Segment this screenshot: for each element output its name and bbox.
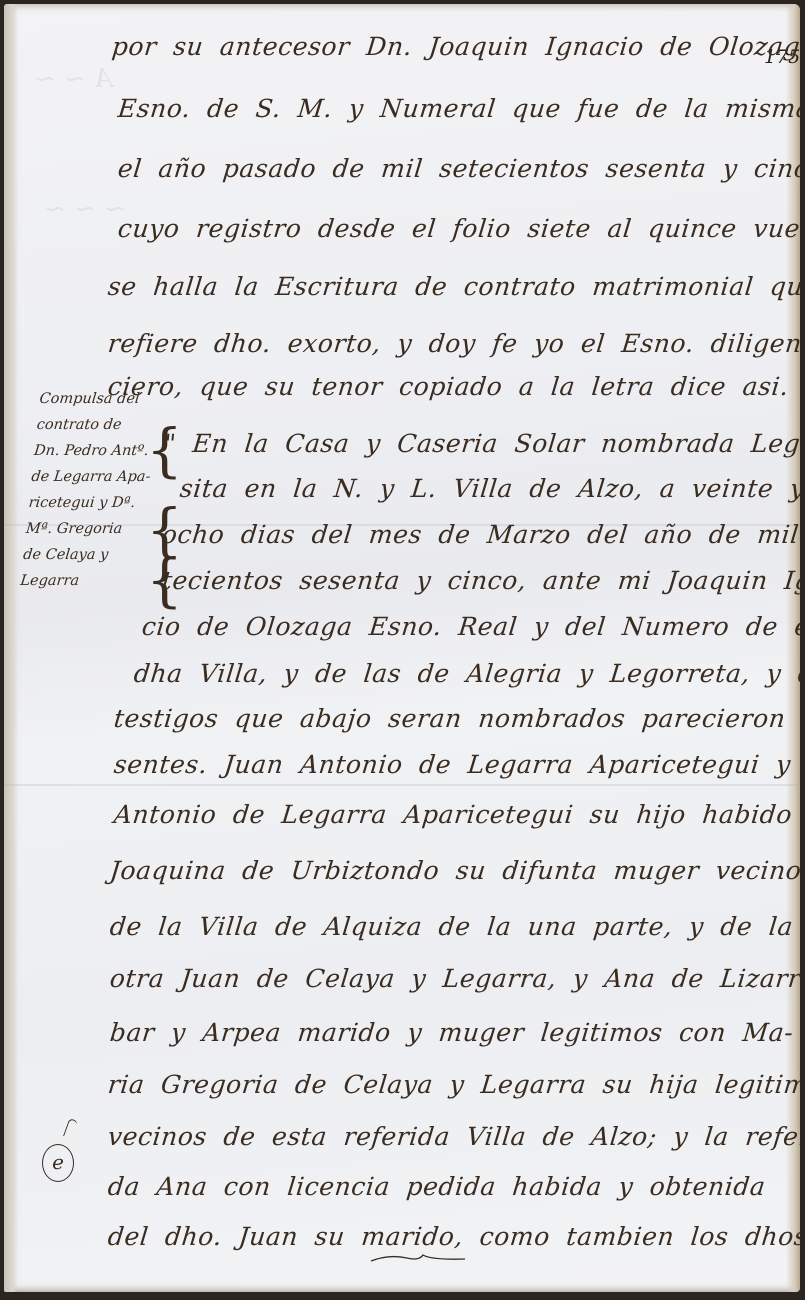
margin-note-line: Mª. Gregoria — [25, 516, 147, 542]
manuscript-page: A ~ ~ ~ ~ ~ 175. Compulsa del contrato d… — [4, 4, 800, 1292]
text-line: sentes. Juan Antonio de Legarra Aparicet… — [112, 750, 800, 779]
paper-fold-line — [4, 784, 800, 786]
text-line: se halla la Escritura de contrato matrim… — [106, 272, 800, 301]
text-line: refiere dho. exorto, y doy fe yo el Esno… — [106, 329, 800, 358]
text-line: tecientos sesenta y cinco, ante mi Joaqu… — [160, 566, 800, 595]
text-line: dha Villa, y de las de Alegria y Legorre… — [132, 659, 800, 688]
margin-note-line: de Celaya y — [22, 542, 144, 568]
closing-flourish — [369, 1252, 469, 1264]
text-line: de la Villa de Alquiza de la una parte, … — [108, 912, 794, 941]
page-binding-edge — [4, 4, 18, 1292]
text-line: " En la Casa y Caseria Solar nombrada Le… — [162, 429, 800, 458]
circled-margin-mark: e — [42, 1144, 74, 1182]
text-line: bar y Arpea marido y muger legitimos con… — [108, 1018, 795, 1047]
text-line: cuyo registro desde el folio siete al qu… — [116, 214, 800, 243]
text-line: ria Gregoria de Celaya y Legarra su hija… — [106, 1070, 800, 1099]
margin-note-line: ricetegui y Dª. — [27, 490, 149, 516]
text-line: ocho dias del mes de Marzo del año de mi… — [160, 520, 800, 549]
bleed-through-text: ~ ~ ~ — [44, 194, 126, 224]
text-line: da Ana con licencia pedida habida y obte… — [106, 1172, 767, 1201]
text-line: cio de Olozaga Esno. Real y del Numero d… — [140, 612, 800, 641]
margin-note-line: de Legarra Apa- — [30, 464, 152, 490]
text-line: Antonio de Legarra Aparicetegui su hijo … — [112, 800, 800, 829]
text-line: testigos que abajo seran nombrados parec… — [112, 704, 800, 733]
margin-note-line: Dn. Pedro Antº. — [33, 438, 155, 464]
margin-mark-tail — [63, 1118, 78, 1139]
text-line: Joaquina de Urbiztondo su difunta muger … — [108, 856, 800, 885]
text-line: sita en la N. y L. Villa de Alzo, a vein… — [178, 474, 800, 503]
bleed-through-text: A ~ ~ — [34, 64, 113, 94]
text-line: Esno. de S. M. y Numeral que fue de la m… — [116, 94, 800, 123]
text-line: del dho. Juan su marido, como tambien lo… — [106, 1222, 800, 1251]
margin-note-line: contrato de — [35, 412, 157, 438]
margin-note: Compulsa del contrato de Dn. Pedro Antº.… — [19, 386, 160, 594]
text-line: vecinos de esta referida Villa de Alzo; … — [106, 1122, 800, 1151]
text-line: el año pasado de mil setecientos sesenta… — [116, 154, 800, 183]
text-line: otra Juan de Celaya y Legarra, y Ana de … — [108, 964, 800, 993]
text-line: por su antecesor Dn. Joaquin Ignacio de … — [110, 32, 800, 61]
text-line: ciero, que su tenor copiado a la letra d… — [106, 372, 790, 401]
margin-note-line: Legarra — [19, 568, 141, 594]
